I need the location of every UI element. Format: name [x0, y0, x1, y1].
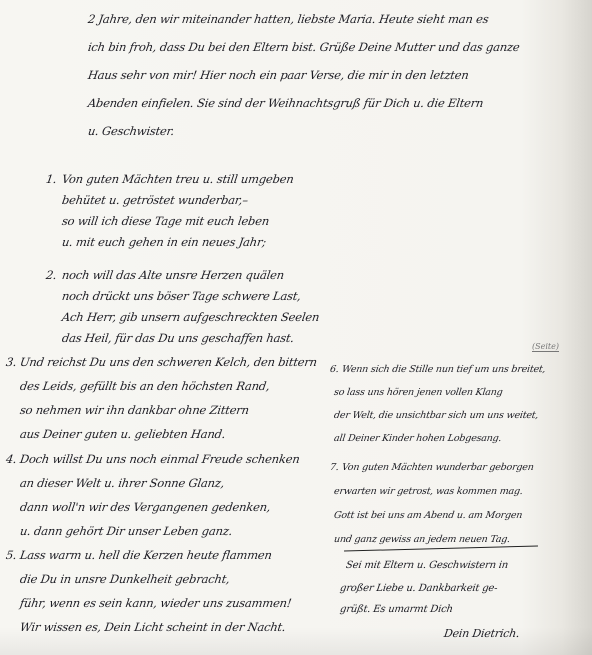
verse-line: Doch willst Du uns noch einmal Freude sc…	[19, 452, 301, 466]
verse-line: behütet u. getröstet wunderbar,–	[61, 193, 249, 207]
letter-page: 2 Jahre, den wir miteinander hatten, lie…	[0, 0, 592, 655]
verse-line: so nehmen wir ihn dankbar ohne Zittern	[19, 403, 250, 417]
closing-line: Sei mit Eltern u. Geschwistern in	[345, 560, 509, 571]
verse-line: an dieser Welt u. ihrer Sonne Glanz,	[19, 476, 225, 490]
verse-line: dann woll'n wir des Vergangenen gedenken…	[19, 500, 271, 514]
verse-line: führ, wenn es sein kann, wieder uns zusa…	[19, 596, 292, 610]
stanza-number: 4.	[5, 452, 18, 466]
divider-line	[344, 545, 538, 551]
page-shadow	[0, 627, 592, 655]
verse-line: aus Deiner guten u. geliebten Hand.	[19, 427, 226, 441]
verse-line: erwarten wir getrost, was kommen mag.	[333, 486, 523, 497]
verse-line: Wenn sich die Stille nun tief um uns bre…	[341, 364, 546, 375]
stanza-number: 1.	[45, 172, 58, 186]
verse-line: Gott ist bei uns am Abend u. am Morgen	[333, 510, 523, 521]
verse-line: das Heil, für das Du uns geschaffen hast…	[61, 331, 295, 345]
intro-line: u. Geschwister.	[87, 124, 175, 138]
verse-line: so will ich diese Tage mit euch leben	[61, 214, 270, 228]
intro-line: 2 Jahre, den wir miteinander hatten, lie…	[87, 12, 489, 26]
stanza-number: 7.	[329, 462, 339, 473]
verse-line: Und reichst Du uns den schweren Kelch, d…	[19, 355, 318, 369]
stanza-number: 2.	[45, 268, 58, 282]
stanza-number: 3.	[5, 355, 18, 369]
verse-line: all Deiner Kinder hohen Lobgesang.	[333, 433, 502, 444]
verse-line: Von guten Mächten treu u. still umgeben	[61, 172, 295, 186]
intro-line: ich bin froh, dass Du bei den Eltern bis…	[87, 40, 521, 54]
stanza-number: 6.	[329, 364, 339, 375]
verse-line: u. dann gehört Dir unser Leben ganz.	[19, 524, 233, 538]
verse-line: und ganz gewiss an jedem neuen Tag.	[333, 534, 511, 545]
closing-line: großer Liebe u. Dankbarkeit ge-	[339, 583, 498, 594]
stanza-number: 5.	[5, 548, 18, 562]
closing-line: grüßt. Es umarmt Dich	[339, 604, 453, 615]
verse-line: noch will das Alte unsre Herzen quälen	[61, 268, 285, 282]
verse-line: Lass warm u. hell die Kerzen heute flamm…	[19, 548, 273, 562]
margin-note: (Seite)	[532, 342, 559, 352]
verse-line: so lass uns hören jenen vollen Klang	[333, 387, 503, 398]
intro-line: Abenden einfielen. Sie sind der Weihnach…	[87, 96, 484, 110]
verse-line: des Leids, gefüllt bis an den höchsten R…	[19, 379, 271, 393]
verse-line: Von guten Mächten wunderbar geborgen	[341, 462, 534, 473]
intro-line: Haus sehr von mir! Hier noch ein paar Ve…	[87, 68, 470, 82]
verse-line: der Welt, die unsichtbar sich um uns wei…	[333, 410, 539, 421]
verse-line: Ach Herr, gib unsern aufgeschreckten See…	[61, 310, 320, 324]
verse-line: noch drückt uns böser Tage schwere Last,	[61, 289, 302, 303]
verse-line: u. mit euch gehen in ein neues Jahr;	[61, 235, 267, 249]
verse-line: die Du in unsre Dunkelheit gebracht,	[19, 572, 231, 586]
